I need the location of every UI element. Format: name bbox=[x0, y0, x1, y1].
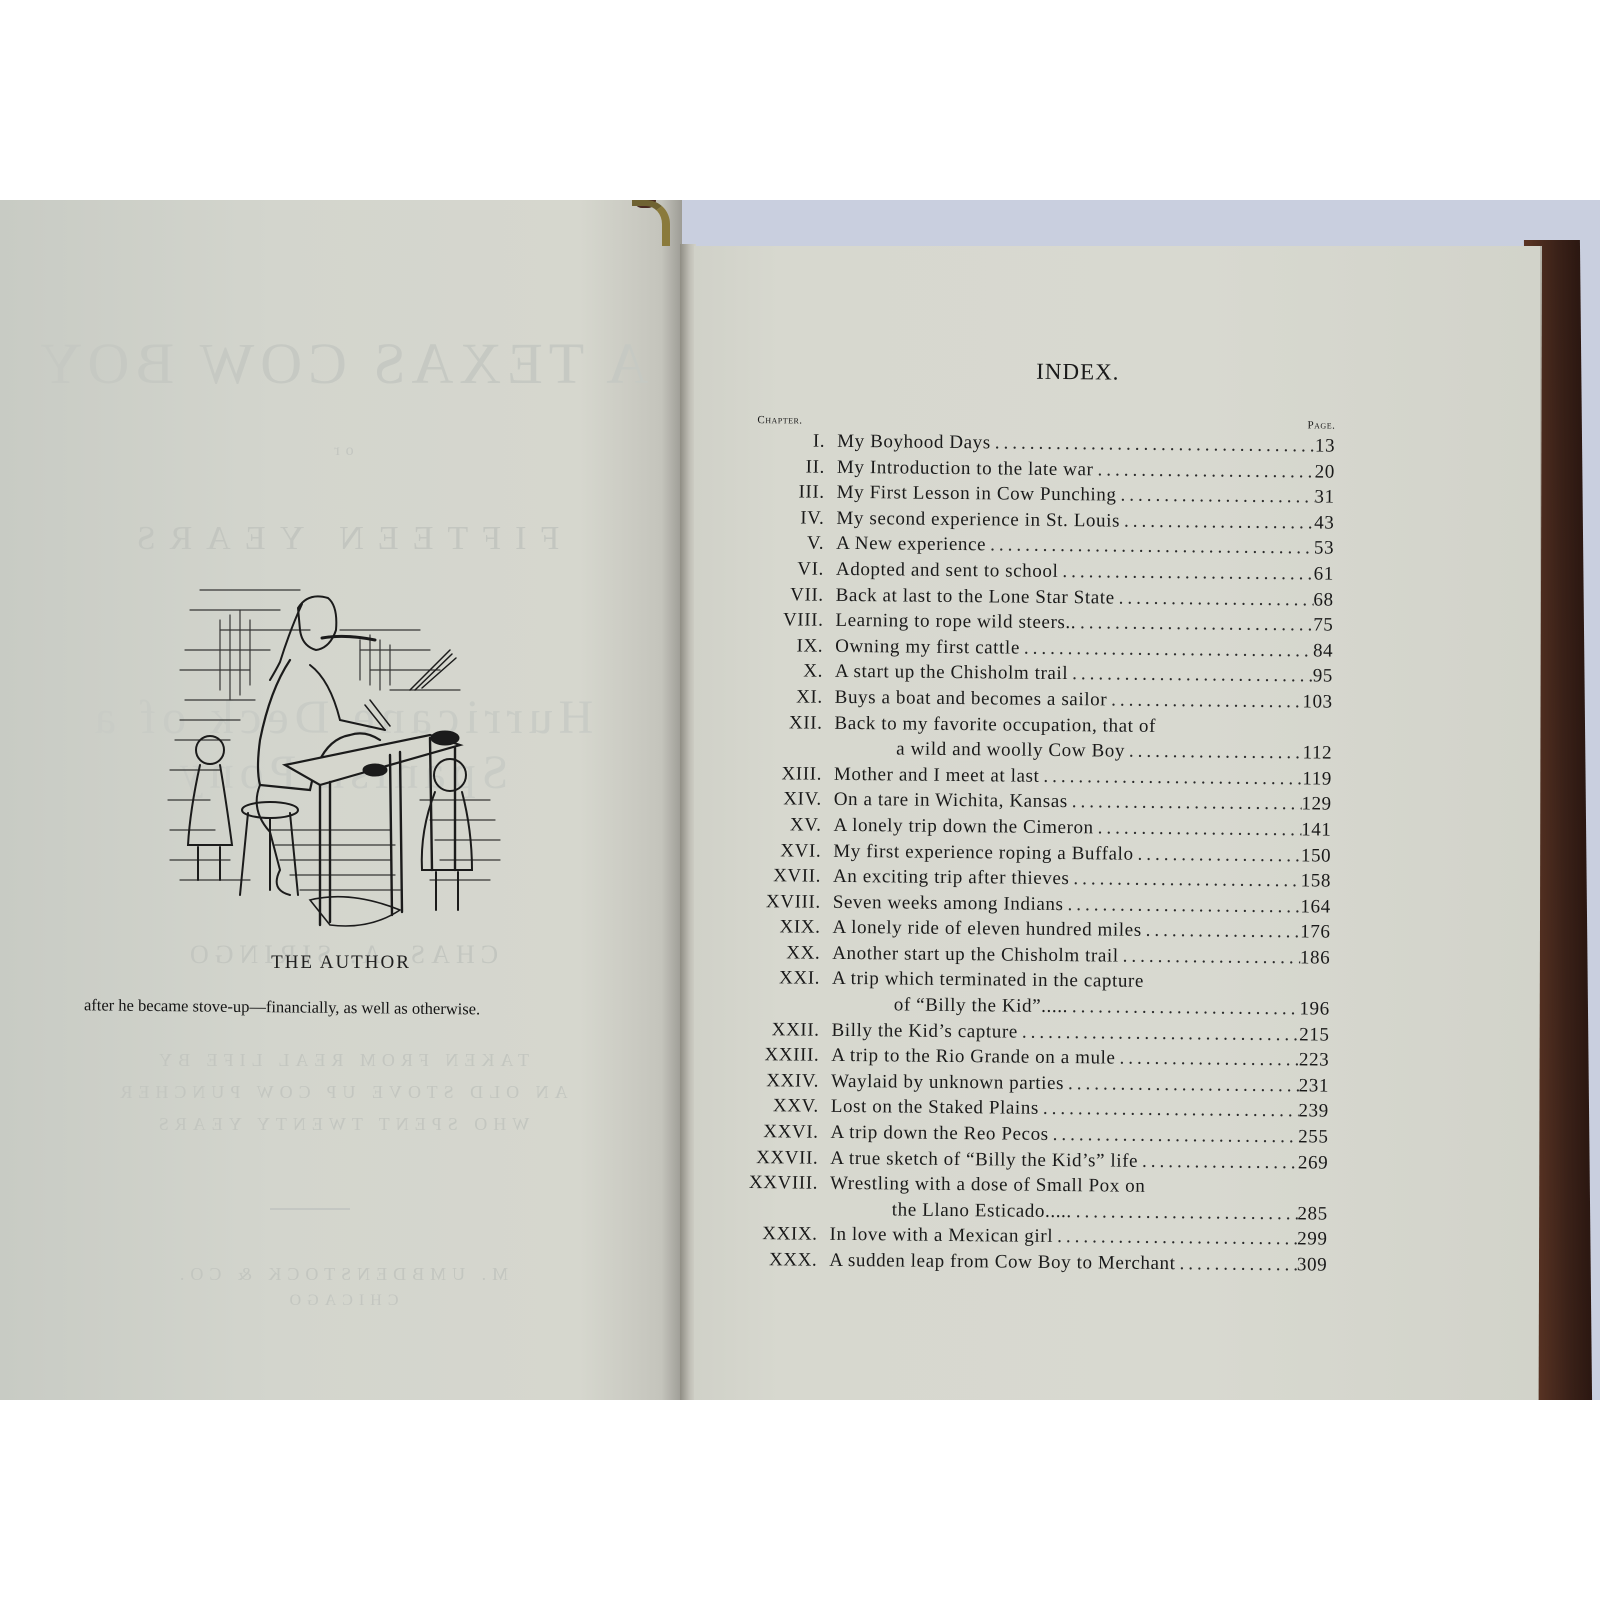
page-number: 239 bbox=[1298, 1099, 1329, 1125]
chapter-number: XXVIII. bbox=[740, 1170, 818, 1196]
dot-leader bbox=[1119, 585, 1314, 612]
author-engraving-illustration bbox=[160, 570, 520, 940]
illustration-caption-text: after he became stove-up—financially, as… bbox=[84, 995, 604, 1020]
dot-leader bbox=[1137, 841, 1301, 868]
left-page: A TEXAS COW BOY or FIFTEEN YEARS Hurrica… bbox=[0, 200, 682, 1400]
chapter-number: VIII. bbox=[745, 607, 823, 633]
chapter-title: Back at last to the Lone Star State bbox=[836, 582, 1119, 610]
chapter-number: IV. bbox=[746, 505, 824, 531]
chapter-number bbox=[744, 735, 822, 736]
chapter-number: XIX. bbox=[742, 914, 820, 940]
dot-leader bbox=[1053, 1122, 1299, 1150]
dot-leader bbox=[1179, 1251, 1297, 1278]
page-number: 95 bbox=[1313, 664, 1333, 690]
chapter-title: Seven weeks among Indians bbox=[833, 890, 1068, 918]
chapter-number: VII. bbox=[746, 582, 824, 608]
dot-leader bbox=[1057, 1224, 1297, 1252]
page-column-heading: Page. bbox=[1307, 419, 1335, 431]
dot-leader bbox=[1129, 739, 1303, 766]
chapter-number: XVII. bbox=[743, 863, 821, 889]
page-number: 255 bbox=[1298, 1124, 1329, 1150]
chapter-title: A lonely ride of eleven hundred miles bbox=[832, 915, 1145, 944]
dot-leader bbox=[1022, 1019, 1300, 1047]
chapter-title: a wild and woolly Cow Boy bbox=[896, 737, 1129, 765]
chapter-number: XVI. bbox=[743, 837, 821, 863]
page-number: 176 bbox=[1300, 920, 1331, 946]
chapter-number: VI. bbox=[746, 556, 824, 582]
dot-leader bbox=[1146, 918, 1301, 945]
chapter-number: XI. bbox=[745, 684, 823, 710]
page-number: 158 bbox=[1301, 868, 1332, 894]
chapter-title: A trip down the Reo Pecos bbox=[830, 1120, 1052, 1148]
chapter-title: My second experience in St. Louis bbox=[836, 506, 1124, 534]
chapter-number: XX. bbox=[742, 940, 820, 966]
chapter-title: Mother and I meet at last bbox=[834, 762, 1044, 790]
chapter-number bbox=[742, 991, 820, 992]
page-number: 141 bbox=[1301, 817, 1332, 843]
page-number: 129 bbox=[1301, 792, 1332, 818]
chapter-number: XXIX. bbox=[739, 1221, 817, 1247]
page-number: 20 bbox=[1315, 459, 1335, 485]
ghost-title: A TEXAS COW BOY bbox=[0, 330, 682, 397]
chapter-number: XVIII. bbox=[743, 889, 821, 915]
chapter-number: XXV. bbox=[741, 1093, 819, 1119]
chapter-title: A New experience bbox=[836, 531, 990, 558]
dot-leader bbox=[1043, 1096, 1299, 1124]
illustration-caption-title: THE AUTHOR bbox=[0, 952, 682, 974]
dot-leader bbox=[1072, 789, 1302, 817]
dot-leader bbox=[1043, 764, 1302, 792]
chapter-number: XIII. bbox=[744, 761, 822, 787]
dot-leader bbox=[1076, 1199, 1298, 1227]
page-number: 43 bbox=[1314, 510, 1334, 536]
chapter-title: Learning to rope wild steers.. bbox=[835, 608, 1080, 636]
chapter-title: A sudden leap from Cow Boy to Merchant bbox=[829, 1248, 1180, 1277]
index-rows: I.My Boyhood Days13II.My Introduction to… bbox=[739, 428, 1387, 1279]
chapter-number: XXIV. bbox=[741, 1068, 819, 1094]
page-number: 150 bbox=[1301, 843, 1332, 869]
dot-leader bbox=[995, 430, 1315, 459]
page-number: 215 bbox=[1299, 1022, 1330, 1048]
chapter-title: A trip which terminated in the capture bbox=[832, 966, 1148, 995]
dot-leader bbox=[1123, 944, 1300, 971]
page-number: 269 bbox=[1298, 1150, 1329, 1176]
dot-leader bbox=[1080, 610, 1313, 638]
page-number: 196 bbox=[1299, 996, 1330, 1022]
chapter-title: My Boyhood Days bbox=[837, 429, 995, 456]
chapter-title: Billy the Kid’s capture bbox=[831, 1017, 1022, 1044]
chapter-title: Back to my favorite occupation, that of bbox=[834, 710, 1160, 739]
dot-leader bbox=[1142, 1148, 1298, 1175]
page-number: 285 bbox=[1297, 1201, 1328, 1227]
right-page: INDEX. Chapter. Page. I.My Boyhood Days1… bbox=[694, 246, 1542, 1400]
ghost-rule bbox=[270, 1208, 350, 1210]
page-number: 31 bbox=[1314, 485, 1334, 511]
chapter-number: I. bbox=[747, 428, 825, 454]
chapter-title: Adopted and sent to school bbox=[836, 557, 1063, 585]
chapter-number: XXII. bbox=[741, 1017, 819, 1043]
chapter-number: XII. bbox=[744, 710, 822, 736]
page-number: 53 bbox=[1314, 536, 1334, 562]
chapter-title: Lost on the Staked Plains bbox=[831, 1094, 1043, 1122]
chapter-title: the Llano Esticado..... bbox=[892, 1197, 1076, 1224]
ghost-publisher: M. UMBDENSTOCK & CO. bbox=[0, 1264, 682, 1285]
ghost-years: FIFTEEN YEARS bbox=[0, 520, 682, 558]
chapter-title: Wrestling with a dose of Small Pox on bbox=[830, 1171, 1150, 1200]
ghost-line-1: TAKEN FROM REAL LIFE BY bbox=[0, 1050, 682, 1071]
chapter-number: IX. bbox=[745, 633, 823, 659]
chapter-number: II. bbox=[747, 454, 825, 480]
dot-leader bbox=[990, 533, 1314, 562]
chapter-title: A lonely trip down the Cimeron bbox=[833, 813, 1097, 841]
chapter-number: XXVII. bbox=[740, 1145, 818, 1171]
index-row: XXX.A sudden leap from Cow Boy to Mercha… bbox=[739, 1247, 1379, 1279]
ghost-or: or bbox=[0, 442, 682, 460]
dot-leader bbox=[1119, 1046, 1299, 1073]
dot-leader bbox=[1067, 892, 1300, 920]
page-number: 231 bbox=[1299, 1073, 1330, 1099]
dot-leader bbox=[1073, 866, 1300, 894]
chapter-title: My Introduction to the late war bbox=[837, 454, 1098, 482]
chapter-number: XXX. bbox=[739, 1247, 817, 1273]
index-title: INDEX. bbox=[748, 356, 1388, 388]
dot-leader bbox=[1124, 508, 1314, 535]
page-number: 103 bbox=[1302, 689, 1333, 715]
book-gutter bbox=[680, 244, 696, 1400]
page-number: 309 bbox=[1297, 1252, 1328, 1278]
chapter-title: On a tare in Wichita, Kansas bbox=[834, 787, 1072, 815]
chapter-title: Waylaid by unknown parties bbox=[831, 1069, 1068, 1097]
page-number: 223 bbox=[1299, 1048, 1330, 1074]
chapter-number: XIV. bbox=[744, 786, 822, 812]
chapter-title: of “Billy the Kid”..... bbox=[894, 992, 1072, 1019]
dot-leader bbox=[1097, 457, 1314, 485]
book-photo: A TEXAS COW BOY or FIFTEEN YEARS Hurrica… bbox=[0, 200, 1600, 1400]
dot-leader bbox=[1120, 483, 1314, 510]
chapter-number: III. bbox=[747, 479, 825, 505]
page-number: 68 bbox=[1313, 587, 1333, 613]
page-number: 112 bbox=[1302, 740, 1332, 766]
chapter-title: A true sketch of “Billy the Kid’s” life bbox=[830, 1145, 1142, 1174]
chapter-title: Buys a boat and becomes a sailor bbox=[835, 685, 1112, 713]
page-number: 75 bbox=[1313, 613, 1333, 639]
chapter-number: XXVI. bbox=[740, 1119, 818, 1145]
index-table-of-contents: INDEX. Chapter. Page. I.My Boyhood Days1… bbox=[739, 356, 1388, 1279]
chapter-column-heading: Chapter. bbox=[757, 414, 802, 426]
ghost-line-3: WHO SPENT TWENTY YEARS bbox=[0, 1114, 682, 1135]
ghost-publisher-city: CHICAGO bbox=[0, 1292, 682, 1310]
chapter-title: A trip to the Rio Grande on a mule bbox=[831, 1043, 1119, 1071]
chapter-title: My First Lesson in Cow Punching bbox=[837, 480, 1121, 508]
chapter-title: My first experience roping a Buffalo bbox=[833, 838, 1138, 867]
page-number: 13 bbox=[1315, 433, 1335, 459]
page-number: 164 bbox=[1300, 894, 1331, 920]
dot-leader bbox=[1098, 815, 1302, 843]
page-number: 84 bbox=[1313, 638, 1333, 664]
dot-leader bbox=[1072, 994, 1300, 1022]
chapter-title: A start up the Chisholm trail bbox=[835, 659, 1072, 687]
chapter-number: V. bbox=[746, 530, 824, 556]
page-number: 299 bbox=[1297, 1227, 1328, 1253]
page-number: 119 bbox=[1302, 766, 1332, 792]
page-number: 61 bbox=[1314, 561, 1334, 587]
chapter-number: XXI. bbox=[742, 965, 820, 991]
dot-leader bbox=[1072, 661, 1313, 689]
dot-leader bbox=[1068, 1071, 1299, 1099]
chapter-number: XV. bbox=[743, 812, 821, 838]
chapter-title: In love with a Mexican girl bbox=[829, 1222, 1057, 1250]
dot-leader bbox=[1062, 559, 1314, 587]
dot-leader bbox=[1024, 635, 1313, 663]
chapter-number: XXIII. bbox=[741, 1042, 819, 1068]
chapter-number: X. bbox=[745, 658, 823, 684]
dot-leader bbox=[1111, 687, 1302, 714]
chapter-title: An exciting trip after thieves bbox=[833, 864, 1074, 892]
ghost-line-2: AN OLD STOVE UP COW PUNCHER bbox=[0, 1082, 682, 1103]
chapter-title: Owning my first cattle bbox=[835, 634, 1024, 661]
chapter-number bbox=[740, 1196, 818, 1197]
chapter-title: Another start up the Chisholm trail bbox=[832, 941, 1123, 969]
page-number: 186 bbox=[1300, 945, 1331, 971]
